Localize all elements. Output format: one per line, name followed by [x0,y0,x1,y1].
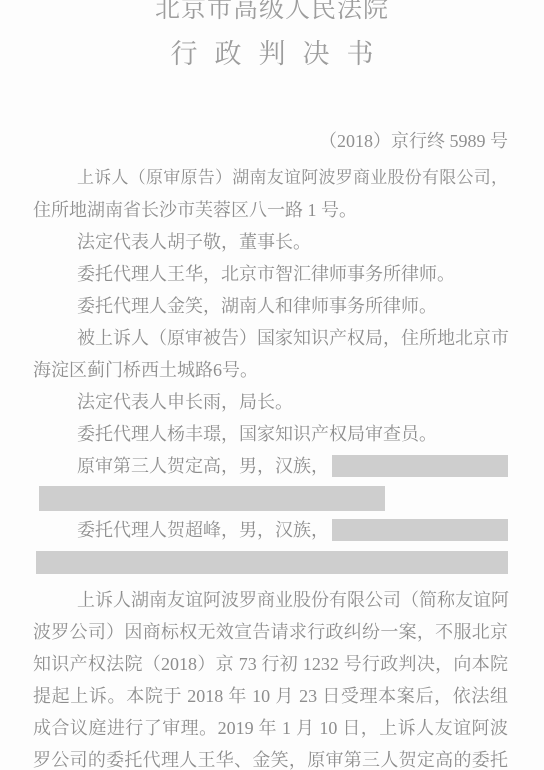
document-line: 法定代表人申长雨，局长。 [33,386,508,418]
document-line: 住所地湖南省长沙市芙蓉区八一路 1 号。 [33,194,508,226]
line-text: 住所地湖南省长沙市芙蓉区八一路 1 号。 [33,200,357,220]
court-name: 北京市高级人民法院 [0,0,544,25]
redaction-block [39,486,385,511]
line-text: 委托代理人王华，北京市智汇律师事务所律师。 [77,264,455,284]
line-text: 上诉人湖南友谊阿波罗商业股份有限公司（简称友谊阿 [77,590,509,610]
document-line: 上诉人（原审原告）湖南友谊阿波罗商业股份有限公司， [33,162,508,194]
document-line: 被上诉人（原审被告）国家知识产权局，住所地北京市 [33,322,508,354]
document-line: 上诉人湖南友谊阿波罗商业股份有限公司（简称友谊阿 [33,584,508,616]
line-text: 罗公司的委托代理人王华、金笑，原审第三人贺定高的委托 [33,750,508,770]
line-text: 原审第三人贺定高，男，汉族， [77,450,329,482]
case-number: （2018）京行终 5989 号 [0,128,544,154]
document-type-title: 行政判决书 [0,36,544,72]
document-line: 委托代理人金笑，湖南人和律师事务所律师。 [33,290,508,322]
redacted-line [33,482,508,514]
document-line: 原审第三人贺定高，男，汉族， [33,450,508,482]
redacted-line [33,546,508,578]
parties-section: 上诉人（原审原告）湖南友谊阿波罗商业股份有限公司，住所地湖南省长沙市芙蓉区八一路… [0,162,544,578]
document-line: 委托代理人贺超峰，男，汉族， [33,514,508,546]
line-text: 成合议庭进行了审理。2019 年 1 月 10 日，上诉人友谊阿波 [33,718,508,738]
line-text: 委托代理人杨丰璟，国家知识产权局审查员。 [77,424,437,444]
line-text: 委托代理人金笑，湖南人和律师事务所律师。 [77,296,437,316]
line-text: 法定代表人胡子敬，董事长。 [77,232,311,252]
redaction-block [332,455,508,477]
document-line: 提起上诉。本院于 2018 年 10 月 23 日受理本案后，依法组 [33,680,508,712]
line-text: 法定代表人申长雨，局长。 [77,392,293,412]
document-line: 法定代表人胡子敬，董事长。 [33,226,508,258]
line-text: 上诉人（原审原告）湖南友谊阿波罗商业股份有限公司， [77,168,508,187]
line-text: 委托代理人贺超峰，男，汉族， [77,514,329,546]
redaction-block [36,551,508,574]
document-line: 委托代理人杨丰璟，国家知识产权局审查员。 [33,418,508,450]
document-line: 知识产权法院（2018）京 73 行初 1232 号行政判决，向本院 [33,648,508,680]
line-text: 提起上诉。本院于 2018 年 10 月 23 日受理本案后，依法组 [33,686,508,706]
document-line: 罗公司的委托代理人王华、金笑，原审第三人贺定高的委托 [33,744,508,770]
document-line: 委托代理人王华，北京市智汇律师事务所律师。 [33,258,508,290]
document-line: 成合议庭进行了审理。2019 年 1 月 10 日，上诉人友谊阿波 [33,712,508,744]
line-text: 被上诉人（原审被告）国家知识产权局，住所地北京市 [77,328,509,348]
line-text: 知识产权法院（2018）京 73 行初 1232 号行政判决，向本院 [33,654,508,674]
line-text: 波罗公司）因商标权无效宣告请求行政纠纷一案，不服北京 [33,622,508,642]
redaction-block [332,519,508,541]
judgment-document: 北京市高级人民法院 行政判决书 （2018）京行终 5989 号 上诉人（原审原… [0,0,544,765]
document-line: 海淀区蓟门桥西土城路6号。 [33,354,508,386]
line-text: 海淀区蓟门桥西土城路6号。 [33,360,258,380]
case-summary-paragraph: 上诉人湖南友谊阿波罗商业股份有限公司（简称友谊阿波罗公司）因商标权无效宣告请求行… [0,584,544,770]
document-line: 波罗公司）因商标权无效宣告请求行政纠纷一案，不服北京 [33,616,508,648]
